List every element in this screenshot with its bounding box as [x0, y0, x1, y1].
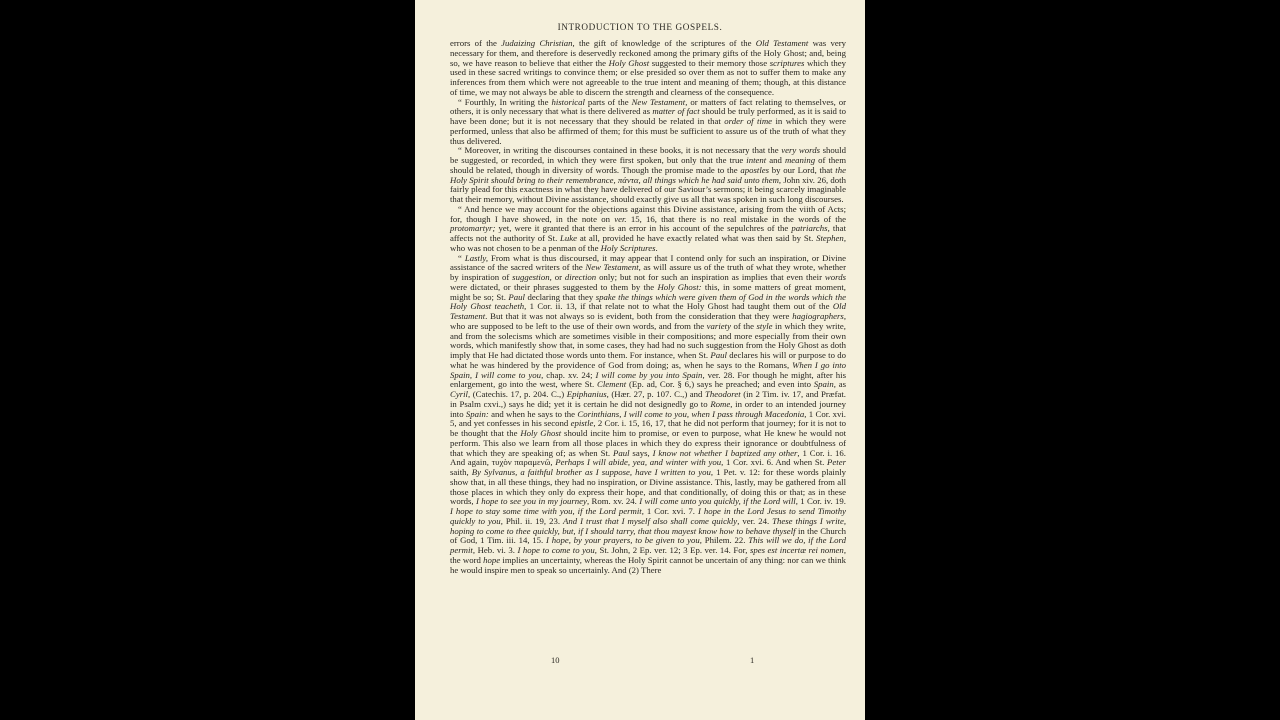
book-page: INTRODUCTION TO THE GOSPELS. errors of t… [415, 0, 865, 720]
paragraph: “ Moreover, in writing the discourses co… [450, 146, 846, 205]
paragraph: “ Fourthly, In writing the historical pa… [450, 98, 846, 147]
paragraph: errors of the Judaizing Christian, the g… [450, 39, 846, 98]
running-head: INTRODUCTION TO THE GOSPELS. [415, 22, 865, 32]
signature-number: 10 [551, 655, 560, 665]
signature-mark: 1 [750, 655, 754, 665]
paragraph: “ Lastly, From what is thus discoursed, … [450, 254, 846, 576]
body-text: errors of the Judaizing Christian, the g… [450, 39, 846, 575]
paragraph: “ And hence we may account for the objec… [450, 205, 846, 254]
